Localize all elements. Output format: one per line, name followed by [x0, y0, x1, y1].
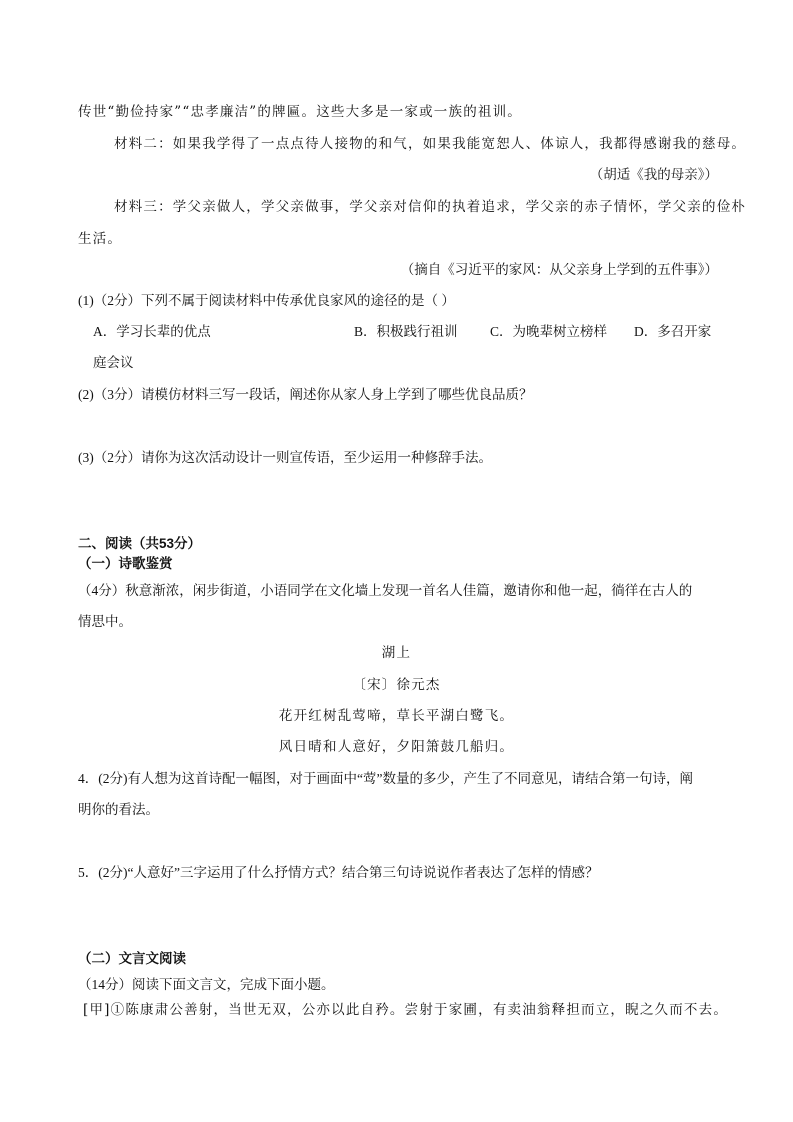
poem-title: 湖上: [0, 644, 793, 662]
question-1-option-d: D．多召开家: [634, 323, 711, 341]
poetry-intro-line1: （4分）秋意渐浓，闲步街道，小语同学在文化墙上发现一首名人佳篇，邀请你和他一起，…: [78, 582, 692, 600]
classical-chinese-intro: （14分）阅读下面文言文，完成下面小题。: [78, 976, 335, 994]
section-2-heading: 二、阅读（共53分）: [78, 535, 201, 553]
question-2: (2)（3分）请模仿材料三写一段话，阐述你从家人身上学到了哪些优良品质？: [78, 386, 533, 404]
question-4-line1: 4．(2分)有人想为这首诗配一幅图，对于画面中“莺”数量的多少，产生了不同意见，…: [78, 770, 693, 788]
paragraph-continuation: 传世“勤俭持家”“忠孝廉洁”的牌匾。这些大多是一家或一族的祖训。: [78, 103, 522, 121]
question-3: (3)（2分）请你为这次活动设计一则宣传语，至少运用一种修辞手法。: [78, 449, 492, 467]
question-4-line2: 明你的看法。: [78, 801, 159, 819]
poem-line-2: 风日晴和人意好，夕阳箫鼓几船归。: [0, 738, 793, 756]
poetry-subheading: （一）诗歌鉴赏: [78, 555, 173, 573]
question-1-option-c: C．为晚辈树立榜样: [490, 323, 607, 341]
material-2-source: （胡适《我的母亲》）: [590, 166, 718, 184]
question-5: 5．(2分)“人意好”三字运用了什么抒情方式？结合第三句诗说说作者表达了怎样的情…: [78, 864, 598, 882]
poem-author: 〔宋〕徐元杰: [0, 676, 793, 694]
question-1: (1)（2分）下列不属于阅读材料中传承优良家风的途径的是（ ）: [78, 292, 455, 310]
material-2-text: 材料二：如果我学得了一点点待人接物的和气，如果我能宽恕人、体谅人，我都得感谢我的…: [114, 135, 746, 153]
classical-chinese-subheading: （二）文言文阅读: [78, 950, 186, 968]
material-3-text-line2: 生活。: [78, 230, 122, 248]
material-3-source: （摘自《习近平的家风：从父亲身上学到的五件事》）: [401, 261, 718, 279]
poem-line-1: 花开红树乱莺啼，草长平湖白鹭飞。: [0, 707, 793, 725]
poetry-intro-line2: 情思中。: [78, 613, 132, 631]
question-1-option-d-cont: 庭会议: [93, 354, 134, 372]
classical-chinese-text: [甲]①陈康肃公善射，当世无双，公亦以此自矜。尝射于家圃，有卖油翁释担而立，睨之…: [83, 1001, 728, 1019]
material-3-text-line1: 材料三：学父亲做人，学父亲做事，学父亲对信仰的执着追求，学父亲的赤子情怀，学父亲…: [114, 198, 746, 216]
question-1-option-a: A．学习长辈的优点: [93, 323, 211, 341]
question-1-option-b: B．积极践行祖训: [354, 323, 458, 341]
